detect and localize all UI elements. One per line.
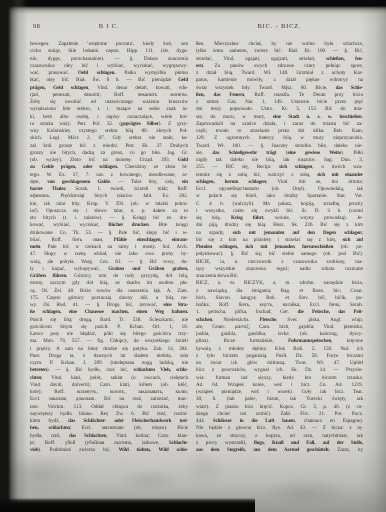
text-line: Puścił się bitą drogą. Bard. Tr. 538. Śc… bbox=[30, 317, 188, 324]
text-line: nie, dygęs, poruchaniainie). — §. Dalsze… bbox=[30, 56, 188, 63]
text-line: plina). Bicze furmańskie, Fuhrmannspeits… bbox=[196, 338, 363, 345]
text-line: 30, 6. (iak palec, bizun, iak Turecki św… bbox=[196, 396, 363, 403]
text-line: ßen. Mieczysław chciał, by nie wolno był… bbox=[196, 41, 363, 48]
text-line: skich. Legł. Mścr. 2, 87. Gdy srebra nie… bbox=[30, 135, 188, 142]
text-line: 1. peitscha, pička, lischad; Ger. die Pe… bbox=[196, 309, 363, 316]
text-line: z procy wystrzelił, flugs, Knall und Fal… bbox=[196, 440, 363, 447]
text-line: ße schlagen, eine Chaussee machen, einen… bbox=[30, 309, 188, 316]
text-line: Puer. Droga ta, z dawnych lat śladem nie… bbox=[30, 353, 188, 360]
text-line: bicz z powrozków, wygnał ich. Sk. Dz. 14… bbox=[196, 367, 363, 374]
text-line: sto bitych (t. i. talarów). — §. Księgi … bbox=[30, 215, 188, 222]
text-line: z armat. Gaz. Nar. 1, 149. Ustawne bicie… bbox=[196, 99, 363, 106]
text-line: wy. Oś. Rud. 41. — §. Drogę bić, torować… bbox=[30, 302, 188, 309]
text-line: kawa, ze smyczy, z kopyta, od razu, naty… bbox=[196, 433, 363, 440]
text-line: świat wszystek biły. Tward. Mjsz. 80. Bi… bbox=[196, 85, 363, 92]
text-line: biiać, Roff. бить сваи, Pfähle einschlag… bbox=[30, 237, 188, 244]
text-line: gościńcem bitym się puścił. P. Kchan. Or… bbox=[30, 324, 188, 331]
text-line: ßen, das Feuern, Roff. пальба. Te Deum p… bbox=[196, 92, 363, 99]
text-line: iemnie się z sobą bić, walczyć z sobą, s… bbox=[196, 172, 363, 179]
text-line: je; Roff. убой (убойная скотина, iatkowe… bbox=[30, 440, 188, 447]
text-line: 128. Z ogromnych bateryy biią w mury nie… bbox=[196, 135, 363, 142]
text-line: schlagen, herum schlagen; Vind. biti se,… bbox=[196, 179, 363, 186]
text-column-left: bewegen. Zapalenie 'wnętrzne poczuta', k… bbox=[30, 41, 188, 457]
text-line: prägen, Geld schlagen, Vind. denar delat… bbox=[30, 85, 188, 92]
running-head-right: BIC. - BICZ. bbox=[196, 23, 363, 30]
text-line: 255. — BIĆ się, Recipr. sich schlagen, o… bbox=[196, 164, 363, 171]
text-line: z tyłu biczem poganiaią. Pośił. Dz. 58. … bbox=[196, 353, 363, 360]
text-line: dni piją, drudzy się biią. Husz. Sk. 236… bbox=[196, 222, 363, 229]
text-line: zu Gelde prägen, oder schlagen. Cherubin… bbox=[30, 164, 188, 171]
text-line: sie, das Schießgewehr trägt (eine gewiss… bbox=[196, 150, 363, 157]
scan-edge-bottom bbox=[0, 498, 255, 512]
text-line: waią, ale pobyła. Warg. Cez. 81. — §. Bi… bbox=[30, 259, 188, 266]
text-line: czasownika: oley bić i wybiiać, wyciskać… bbox=[30, 63, 188, 70]
text-line: wia: furman rad słyszy, kiedy kto biczem… bbox=[196, 375, 363, 382]
text-line: naywiętszy bydła biiano. Rey Zw. 6. Bić … bbox=[30, 411, 188, 418]
text-line: hoňka; Roff. бичъ, кнутъ, нагайка; Eccl.… bbox=[196, 302, 363, 309]
text-line: chten; Vind. klati, pobit, saklat (o owc… bbox=[30, 375, 188, 382]
text-line: wynaleziono bite srebro, t. i. maiące na… bbox=[30, 106, 188, 113]
text-line: 47. Słupy w rzekę wbiiał, nie iako owo p… bbox=[30, 251, 188, 258]
text-line: tare. Volckm. 513. Oddał chłopca do rzeź… bbox=[30, 404, 188, 411]
scan-edge-left bbox=[0, 0, 28, 512]
text-line: zał król grosze bić z miedzi. Petr. Ek. … bbox=[30, 143, 188, 150]
text-line: meln. Pale bić w rzekach na tamy i mosty… bbox=[30, 244, 188, 251]
text-line: schchen, Niedersächs. Pietsche, Svec. pi… bbox=[196, 317, 363, 324]
text-line: iać). Opuszcza się i słowo talar, n. p. … bbox=[30, 208, 188, 215]
text-line: z dział biią. Tward. Wł. 148. Grzmiał z … bbox=[196, 70, 363, 77]
text-line: iący wszystkie znaczenia tegoż; nadto ro… bbox=[196, 266, 363, 273]
text-line: Nie będzie z głowna bicz. Rys. Ad. 43. —… bbox=[196, 425, 363, 432]
text-line: znaczenia słowa Bić. bbox=[196, 273, 363, 280]
text-line: Eccl. оружеборствовати (ob. Oręż). Opowi… bbox=[196, 186, 363, 193]
text-line: cicho stoiąc, biie bokami często. Hipp. … bbox=[30, 48, 188, 55]
text-line: wiatr). Z piasku bicz kręcić. Kopcz. Gr.… bbox=[196, 404, 363, 411]
text-line: jedynkować). §. Bić się, bić siebie same… bbox=[196, 251, 363, 258]
text-line: sta, do muru, w mury, eine Stadt u. s. w… bbox=[196, 114, 363, 121]
text-line: Ad. 64. Wziąłeś konie, weź i bicz. Cn. A… bbox=[196, 382, 363, 389]
text-line: i prędcy. A sam na bitey drodze się poty… bbox=[30, 346, 188, 353]
scan-edge-top bbox=[0, 0, 386, 14]
text-line: na szpady, sich mit jemanden auf den Deg… bbox=[196, 230, 363, 237]
text-line: bich, Slavon. kangya; Boh. et Slov. bič,… bbox=[196, 295, 363, 302]
text-line: C. 4 b. (walczyli). Ma pałasz, kopiją, s… bbox=[196, 201, 363, 208]
text-line: 175. Często górnicy porzucaią dawny dół,… bbox=[30, 295, 188, 302]
text-line: częli; trwało to strzelanie przez dni ki… bbox=[196, 128, 363, 135]
text-line: kie, iak talar bity. Krup. V. 393. (ob. … bbox=[30, 201, 188, 208]
text-line: strzelać, Vind. ogajati, ogajzati, strie… bbox=[196, 56, 363, 63]
text-line: (ob. wyżey). Złoto bić na monetę. Urząd.… bbox=[30, 157, 188, 164]
text-line: ale, Graec. μάστιξ; Carn. bizh, gajshla;… bbox=[196, 324, 363, 331]
text-line: kole); Roff. колянуть, колоть, закалыват… bbox=[30, 389, 188, 396]
text-line: ефимокъ. Pięćdziesiąt bitych talarów. Ja… bbox=[30, 193, 188, 200]
text-line: BICIE, ia, n. rzeczownik z czasownika zr… bbox=[196, 259, 363, 266]
text-line: tkać, oley bić. Biał. Św. 8 b. — Bić pie… bbox=[30, 77, 188, 84]
text-line: ben, schlachten; Eccl. мясничаю (ob. mię… bbox=[30, 425, 188, 432]
text-line: bywaią z młodey dębiny. Kluk Rośl. 2, 15… bbox=[196, 346, 363, 353]
text-line: aus dem Stegreife, aus dem Aermel geschü… bbox=[196, 447, 363, 454]
text-line: Gräben führen. Górnicy, nim do rudy przy… bbox=[30, 273, 188, 280]
text-line: na świat ich głów miłraszą. Twar. Wł. 47… bbox=[196, 360, 363, 367]
scan-shadow-bottom bbox=[0, 448, 386, 512]
running-head-left: B I C. bbox=[30, 23, 188, 30]
text-line: bić się z kim na pistolety i strzelać si… bbox=[196, 237, 363, 244]
text-line: ki, herb albo osobę, i napisy oznaczaiąc… bbox=[30, 114, 188, 121]
text-line: Żeby się uwolnić od ustawicznego ważenia… bbox=[30, 99, 188, 106]
text-line: BICZ, a, m. BICZYK, a, m. zdrobn. narzęd… bbox=[196, 280, 363, 287]
text-line: Vind. daviti, dolverti); Carn. klati, kö… bbox=[30, 382, 188, 389]
text-line: groszy nie bitych, dadzą za grosz, co go… bbox=[30, 150, 188, 157]
text-line: rjati, penezati, denariti; Roff. чеканит… bbox=[30, 92, 188, 99]
text-line: się biią, Krieg führt, woiuie, woyny pro… bbox=[196, 215, 363, 222]
text-line: Eccl. закалаю, доколаю. Bić na rzeź, zar… bbox=[30, 396, 188, 403]
text-line: cą. Oś. Żel. 48. Bicie rowów dla osuszen… bbox=[30, 288, 188, 295]
scan-shadow-right bbox=[360, 0, 386, 512]
text-line: bydła, rzeź, das Schlachten, Vind. kolin… bbox=[30, 433, 188, 440]
text-line: ły i kopać, wykopywać, Graben und Gräben… bbox=[30, 266, 188, 273]
text-line: betreten). — §. Bić bydło, rzeź bić, sch… bbox=[30, 367, 188, 374]
text-line: Zaprowadzili na szańce działa, i zaraz d… bbox=[196, 121, 363, 128]
text-line: vieh). Podobnież zwierza bić, Wild tödte… bbox=[30, 447, 188, 454]
text-line: wny Kolońskiey czystego srebra biią 80. … bbox=[30, 128, 188, 135]
book-page-scan: 98 B I C. BIC. - BICZ. bewegen. Zapaleni… bbox=[0, 0, 386, 512]
text-column-right: ßen. Mieczysław chciał, by nie wolno był… bbox=[196, 41, 363, 457]
text-line: 444. Schlösser in die Luft bauen, chatea… bbox=[196, 418, 363, 425]
text-line: dęte, von geschlagenem Golde. — Talar bi… bbox=[30, 179, 188, 186]
text-line: Tward. Wł. 160. — §. Jnaczey strzelba bi… bbox=[196, 143, 363, 150]
text-line: i wszystko, czém się zwykli bić. ib. D. … bbox=[196, 208, 363, 215]
text-line: w polach się biieli, iako drudzy Spartan… bbox=[196, 193, 363, 200]
text-line: ma. Mon. 76, 557. — fig. Chłopcy, do wsz… bbox=[30, 338, 188, 345]
text-line: mosty, zaczym gdy dół biią, ze skarbu im… bbox=[30, 280, 188, 287]
text-line: drukowane. Cn. Th. 53. — §. Pale bić, sł… bbox=[30, 230, 188, 237]
text-line: dni mszy popsowało. Ustrz. Kr. 3, 153. B… bbox=[196, 106, 363, 113]
text-line: ern. Za panów swych zdrowie czary pełnią… bbox=[196, 63, 363, 70]
text-line: tego. W. Ex. 37, 7. not. z kowanego, nie… bbox=[30, 172, 188, 179]
text-line: dzego chcieć coś zrobić). Zabł. Firc. 21… bbox=[196, 411, 363, 418]
text-line: z nawiązką dla śmigania; Rag. et Bosn. b… bbox=[196, 288, 363, 295]
text-line: kować, wybiiać, wyciskać, Bücher drucken… bbox=[30, 222, 188, 229]
text-line: ra sztuka waży. Petr. Pol. 32. (geprägte… bbox=[30, 121, 188, 128]
text-line: tylko iemu samemu, zwierz bić. Biał. Kr.… bbox=[196, 48, 363, 55]
text-line: patus, kamienie mówiły, z dział piękne w… bbox=[196, 77, 363, 84]
